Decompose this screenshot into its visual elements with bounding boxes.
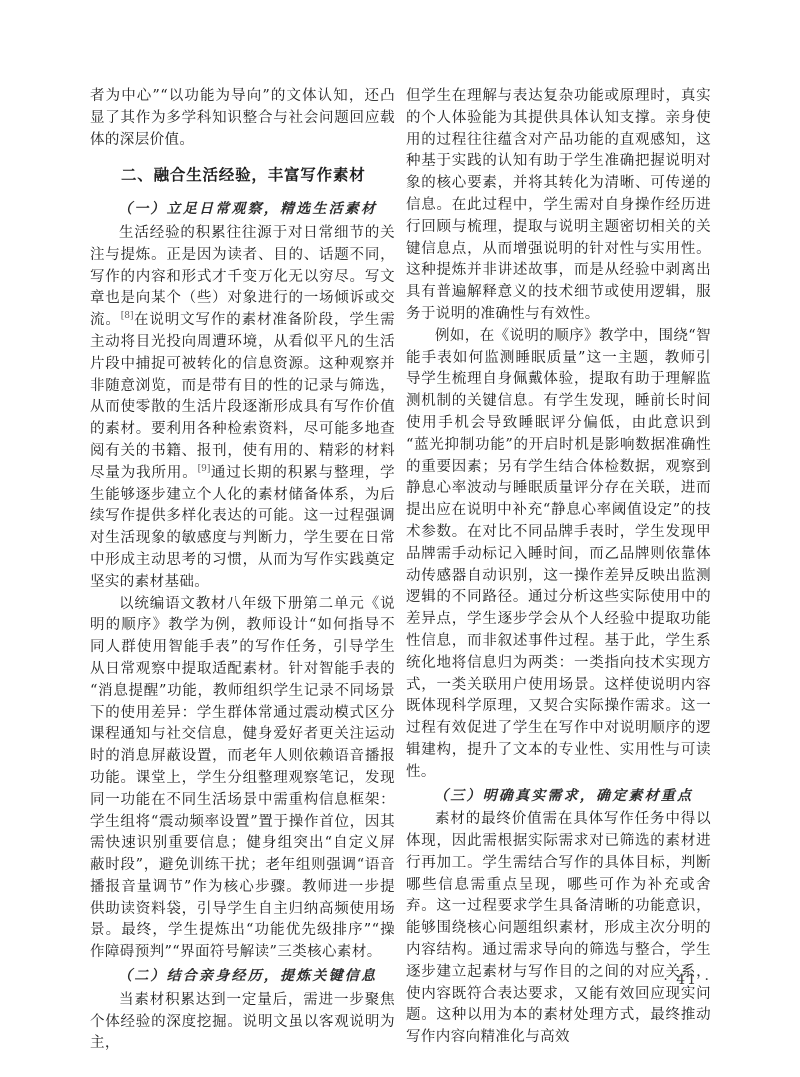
subheading-3: （三）明确真实需求，确定素材重点 [406,786,711,808]
paragraph-material-value: 素材的最终价值需在具体写作任务中得以体现，因此需根据实际需求对已筛选的素材进行再… [406,809,711,1049]
paragraph-experience-continuation: 但学生在理解与表达复杂功能或原理时，真实的个人体验能为其提供具体认知支撑。亲身使… [406,86,711,326]
paragraph-sleep-monitoring-example: 例如，在《说明的顺序》教学中，围绕“智能手表如何监测睡眠质量”这一主题，教师引导… [406,326,711,784]
section-heading-2: 二、融合生活经验，丰富写作素材 [90,165,395,187]
paragraph-text: 通过长期的积累与整理，学生能够逐步建立个人化的素材储备体系，为后续写作提供多样化… [90,465,395,590]
page-number: · 41 · [406,972,711,988]
paragraph-text: 在说明文写作的素材准备阶段，学生需主动将目光投向周遭环境，从看似平凡的生活片段中… [90,312,395,481]
reference-mark-8: [8] [121,311,134,321]
paragraph-intro-continuation: 者为中心”“以功能为导向”的文体认知，还凸显了其作为多学科知识整合与社会问题回应… [90,86,395,151]
right-column: 但学生在理解与表达复杂功能或原理时，真实的个人体验能为其提供具体认知支撑。亲身使… [406,86,711,1049]
journal-page: 者为中心”“以功能为导向”的文体认知，还凸显了其作为多学科知识整合与社会问题回应… [0,0,800,1077]
paragraph-experience-start: 当素材积累达到一定量后，需进一步聚焦个体经验的深度挖掘。说明文虽以客观说明为主， [90,990,395,1055]
left-column: 者为中心”“以功能为导向”的文体认知，还凸显了其作为多学科知识整合与社会问题回应… [90,86,395,1055]
paragraph-smartwatch-example: 以统编语文教材八年级下册第二单元《说明的顺序》教学为例，教师设计“如何指导不同人… [90,594,395,965]
subheading-1: （一）立足日常观察，精选生活素材 [90,199,395,221]
subheading-2: （二）结合亲身经历，提炼关键信息 [90,966,395,988]
paragraph-observation: 生活经验的积累往往源于对日常细节的关注与提炼。正是因为读者、目的、话题不同，写作… [90,223,395,594]
reference-mark-9: [9] [198,464,211,474]
